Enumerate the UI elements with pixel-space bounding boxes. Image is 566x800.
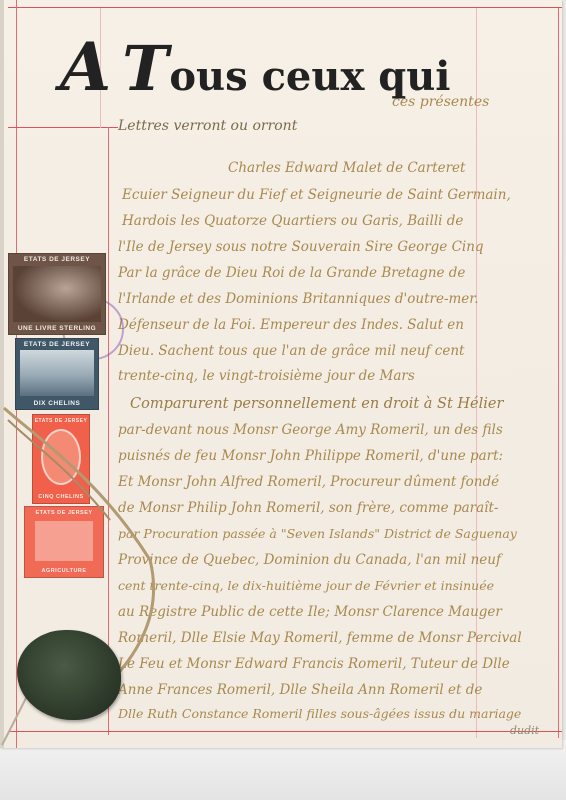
stamp-image [35, 521, 93, 561]
stamp-image [20, 350, 94, 396]
heading-subline: Lettres verront ou orront [118, 118, 297, 134]
stamp-bottom-label: AGRICULTURE [25, 568, 103, 574]
heading-rest: ous ceux qui [169, 53, 450, 100]
body-line: par-devant nous Monsr George Amy Romeril… [118, 422, 503, 438]
body-line: au Registre Public de cette Ile; Monsr C… [118, 604, 502, 620]
body-line: Défenseur de la Foi. Empereur des Indes.… [118, 317, 464, 333]
stamp-bottom-label: DIX CHELINS [16, 400, 98, 407]
body-line: Charles Edward Malet de Carteret [228, 160, 465, 176]
stamp-top-label: ETATS DE JERSEY [9, 256, 105, 263]
body-line: Le Feu et Monsr Edward Francis Romeril, … [118, 656, 510, 672]
right-rule [558, 8, 559, 738]
stamp-top-label: ETATS DE JERSEY [33, 418, 89, 424]
body-line: Par la grâce de Dieu Roi de la Grande Br… [118, 265, 465, 281]
right-faint-rule [476, 8, 477, 738]
stamp-agriculture: ETATS DE JERSEY AGRICULTURE [24, 506, 104, 578]
body-line: Comparurent personnellement en droit à S… [130, 396, 503, 412]
top-rule [8, 7, 562, 8]
body-line: l'Irlande et des Dominions Britanniques … [118, 291, 479, 307]
body-line: Dieu. Sachent tous que l'an de grâce mil… [118, 343, 464, 359]
inner-margin-rule [108, 127, 109, 735]
catchword: dudit [510, 724, 539, 737]
heading-rule [8, 127, 118, 128]
stamp-top-label: ETATS DE JERSEY [16, 341, 98, 348]
body-line: Romeril, Dlle Elsie May Romeril, femme d… [118, 630, 522, 646]
body-line: Hardois les Quatorze Quartiers ou Garis,… [122, 213, 463, 229]
background-surface [0, 740, 566, 800]
body-line: Et Monsr John Alfred Romeril, Procureur … [118, 474, 499, 490]
stamp-image [13, 266, 101, 322]
heading-continuation: ces présentes [392, 94, 489, 110]
body-line: Dlle Ruth Constance Romeril filles sous-… [118, 706, 521, 721]
bottom-rule [8, 731, 562, 732]
stamp-top-label: ETATS DE JERSEY [25, 510, 103, 516]
body-line: trente-cinq, le vingt-troisième jour de … [118, 368, 415, 384]
body-line: Province de Quebec, Dominion du Canada, … [118, 552, 501, 568]
stamp-une-livre: ETATS DE JERSEY UNE LIVRE STERLING [8, 253, 106, 335]
body-line: puisnés de feu Monsr John Philippe Romer… [118, 448, 503, 464]
body-line: par Procuration passée à "Seven Islands"… [118, 526, 517, 541]
heading-initial-a: A [60, 28, 112, 106]
stamp-bottom-label: CINQ CHELINS [33, 494, 89, 500]
body-line: Ecuier Seigneur du Fief et Seigneurie de… [122, 187, 511, 203]
stamp-dix-chelins: ETATS DE JERSEY DIX CHELINS [15, 338, 99, 410]
heading-initial-t: T [122, 32, 169, 105]
stamp-image [41, 429, 81, 485]
stamp-cinq-chelins: ETATS DE JERSEY CINQ CHELINS [32, 414, 90, 504]
body-line: l'Ile de Jersey sous notre Souverain Sir… [118, 239, 484, 255]
body-line: cent trente-cinq, le dix-huitième jour d… [118, 578, 494, 593]
body-line: Anne Frances Romeril, Dlle Sheila Ann Ro… [118, 682, 482, 698]
body-line: de Monsr Philip John Romeril, son frère,… [118, 500, 498, 516]
page-edge [0, 0, 4, 748]
stamp-bottom-label: UNE LIVRE STERLING [9, 325, 105, 332]
